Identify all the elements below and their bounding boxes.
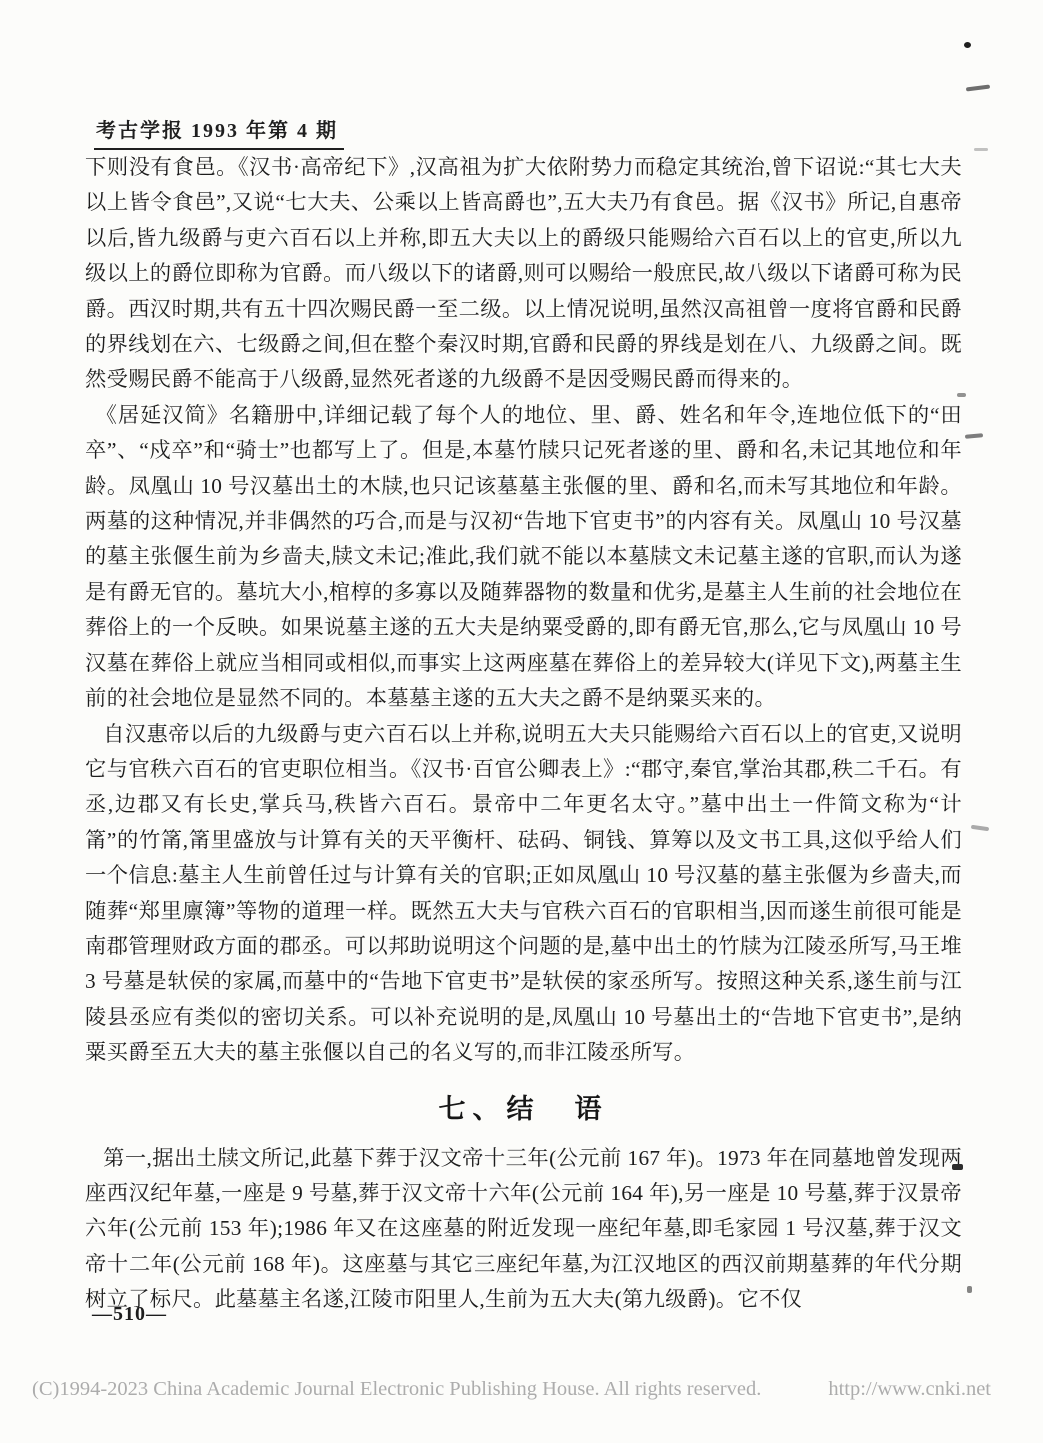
article-body: 下则没有食邑。《汉书·高帝纪下》,汉高祖为扩大依附势力而稳定其统治,曾下诏说:“…	[85, 150, 962, 1318]
paragraph: 《居延汉简》名籍册中,详细记载了每个人的地位、里、爵、姓名和年令,连地位低下的“…	[85, 398, 962, 717]
scan-artifact	[965, 433, 983, 439]
section-heading: 七、结 语	[85, 1087, 962, 1126]
copyright-footer: (C)1994-2023 China Academic Journal Elec…	[32, 1378, 991, 1401]
scan-artifact	[952, 1164, 963, 1170]
paragraph: 自汉惠帝以后的九级爵与吏六百石以上并称,说明五大夫只能赐给六百石以上的官吏,又说…	[85, 717, 962, 1071]
footer-url: http://www.cnki.net	[828, 1378, 991, 1401]
scan-artifact	[966, 85, 990, 92]
journal-header: 考古学报 1993 年第 4 期	[94, 114, 344, 150]
page-number: —510—	[92, 1303, 167, 1326]
scan-artifact	[967, 1286, 972, 1293]
paragraph-continuation: 下则没有食邑。《汉书·高帝纪下》,汉高祖为扩大依附势力而稳定其统治,曾下诏说:“…	[85, 150, 962, 398]
scan-artifact	[957, 393, 966, 397]
scan-artifact	[971, 825, 989, 831]
scan-artifact	[974, 148, 988, 151]
paragraph: 第一,据出土牍文所记,此墓下葬于汉文帝十三年(公元前 167 年)。1973 年…	[85, 1141, 962, 1318]
copyright-text: (C)1994-2023 China Academic Journal Elec…	[32, 1378, 761, 1401]
scanned-journal-page: 考古学报 1993 年第 4 期 下则没有食邑。《汉书·高帝纪下》,汉高祖为扩大…	[0, 0, 1043, 1443]
scan-artifact	[964, 42, 971, 48]
